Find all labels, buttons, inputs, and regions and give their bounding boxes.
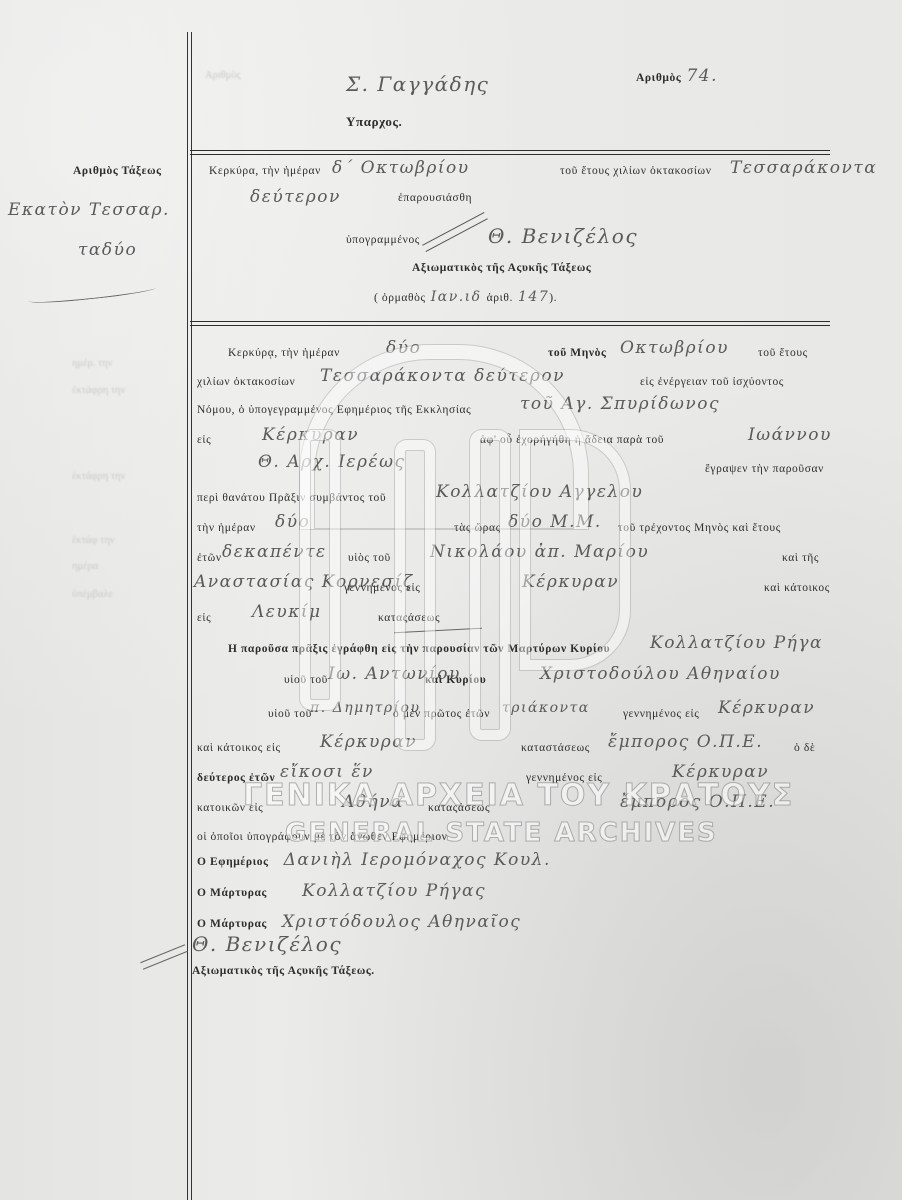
bleed-through-left: ἐκτάφρη την [72,385,125,396]
class-number-label: Αριθμὸς Τάξεως [73,165,162,177]
signature-name: Δανιὴλ Ιερομόναχος Κουλ. [284,850,551,870]
act-row-4-p2: ἔγραψεν τὴν παροῦσαν [705,463,824,475]
bleed-through-left: ημέρ. την [72,358,112,369]
act-row-3-h2: Ιωάννου [748,425,832,445]
witness-row-0-h1: Κολλατζίου Ρήγα [650,633,823,653]
witness-row-2-h2: τριάκοντα [502,700,590,716]
act-row-1-p1: χιλίων ὀκτακοσίων [197,376,295,388]
act-row-0-p3: τοῦ ἔτους [758,347,808,359]
number-label: ἀριθ. [487,292,513,304]
presentation-day: δ΄ Οκτωβρίου [332,158,470,178]
watermark-greek: ΓΕΝΙΚΑ ΑΡΧΕΙΑ ΤΟΥ ΚΡΑΤΟΥΣ [243,778,794,813]
record-number-value: 74. [686,66,718,86]
closing-paren: ). [549,292,557,304]
watermark-logo-pillar-right [470,430,510,740]
witness-row-3-h2: ἔμπορος Ο.Π.Ε. [608,732,763,752]
bleed-through-left: ἐκτάφρη την [72,471,125,482]
class-number-handwritten-1: Εκατὸν Τεσσαρ. [8,200,170,220]
witness-row-2-p3: γεννημένος εἰς [623,708,699,720]
batch-reference: ( ὁρμαθὸς Ιαν.ιδ ἀριθ. 147). [374,286,557,305]
officer-title-bottom: Αξιωματικὸς τῆς Αςυκῆς Τάξεως. [192,965,375,977]
act-row-0-h2: Οκτωβρίου [620,338,729,358]
undersigned-label: ὑπογραμμένος [346,234,420,246]
witness-row-2-h3: Κέρκυραν [718,698,815,718]
signature-priest: Ο Εφημέριος Δανιὴλ Ιερομόναχος Κουλ. [197,850,551,870]
bleed-through-left: ημέρα [72,561,98,572]
watermark-logo-pillar-mid [395,440,435,750]
double-slash-mark-bottom [140,944,188,969]
act-row-9-p1: εἰς [197,612,211,624]
signature-witness-1: Ο Μάρτυρας Κολλατζίου Ρήγας [197,881,486,901]
act-row-7-p1: ἐτῶν [197,552,222,564]
officer-signature-bottom: Θ. Βενιζέλος [192,932,342,956]
rule-middle [190,321,830,326]
watermark-logo-pillar-left [300,430,340,710]
presentation-year-label: τοῦ ἔτους χιλίων ὀκτακοσίων [560,165,712,177]
act-row-8-p3: καὶ κάτοικος [764,582,830,594]
rule-top [190,150,830,155]
act-row-0-p1: Κερκύρᾳ, τὴν ἡμέραν [228,347,340,359]
registrar-handwritten-name: Σ. Γαγγάδης [346,72,489,96]
watermark-logo-bowl [520,430,630,670]
signature-witness-2: Ο Μάρτυρας Χριστόδουλος Αθηναῖος [197,912,521,932]
act-row-7-p3: καὶ τῆς [782,552,819,564]
act-row-6-p1: τὴν ἡμέραν [197,522,256,534]
witness-row-3-p3: ὁ δὲ [794,742,815,754]
officer-signature-top: Θ. Βενιζέλος [488,224,638,248]
act-row-1-p2: εἰς ἐνέργειαν τοῦ ἰσχύοντος [640,376,784,388]
presentation-year: Τεσσαράκοντα [730,158,877,178]
signature-role: Ο Μάρτυρας [197,918,267,930]
signature-role: Ο Μάρτυρας [197,887,267,899]
presentation-year-cont: δεύτερον [250,187,341,207]
record-number: Αριθμὸς 74. [636,66,718,86]
double-slash-mark [422,212,488,252]
margin-rule-vertical [187,32,192,1200]
act-row-7-p2: υἱὸς τοῦ [348,552,391,564]
record-number-label: Αριθμὸς [636,72,681,84]
officer-title-top: Αξιωματικὸς τῆς Αςυκῆς Τάξεως [412,262,591,274]
class-number-handwritten-2: ταδύο [78,240,137,260]
registrar-title: Υπαρχος. [346,114,402,130]
batch-value: Ιαν.ιδ [431,289,482,305]
witness-row-2-p1: υἱοῦ τοῦ [268,708,312,720]
act-row-3-p1: εἰς [197,434,211,446]
act-row-6-p3: τοῦ τρέχοντος Μηνὸς καὶ ἔτους [618,522,781,534]
act-row-0-p2: τοῦ Μηνὸς [548,347,606,359]
flourish-underline [28,283,156,305]
signature-name: Κολλατζίου Ρήγας [302,881,486,901]
witness-row-3-p1: καὶ κάτοικος εἰς [197,742,281,754]
watermark-english: GENERAL STATE ARCHIVES [285,818,718,848]
presented-label: ἐπαρουσιάσθη [398,192,472,204]
bleed-through-left: ἐκτάφ την [72,535,115,546]
batch-label: ( ὁρμαθὸς [374,292,426,304]
signature-role: Ο Εφημέριος [197,856,269,868]
number-value: 147 [518,289,549,305]
witness-row-3-p2: καταστάσεως [521,742,590,754]
presentation-line-1-label: Κερκύρα, τὴν ἡμέραν [209,165,321,177]
bleed-through-top: Αριθμὸς [205,70,241,81]
signature-name: Χριστόδουλος Αθηναῖος [282,912,521,932]
bleed-through-left: ὑπέμβαλε [72,589,113,600]
